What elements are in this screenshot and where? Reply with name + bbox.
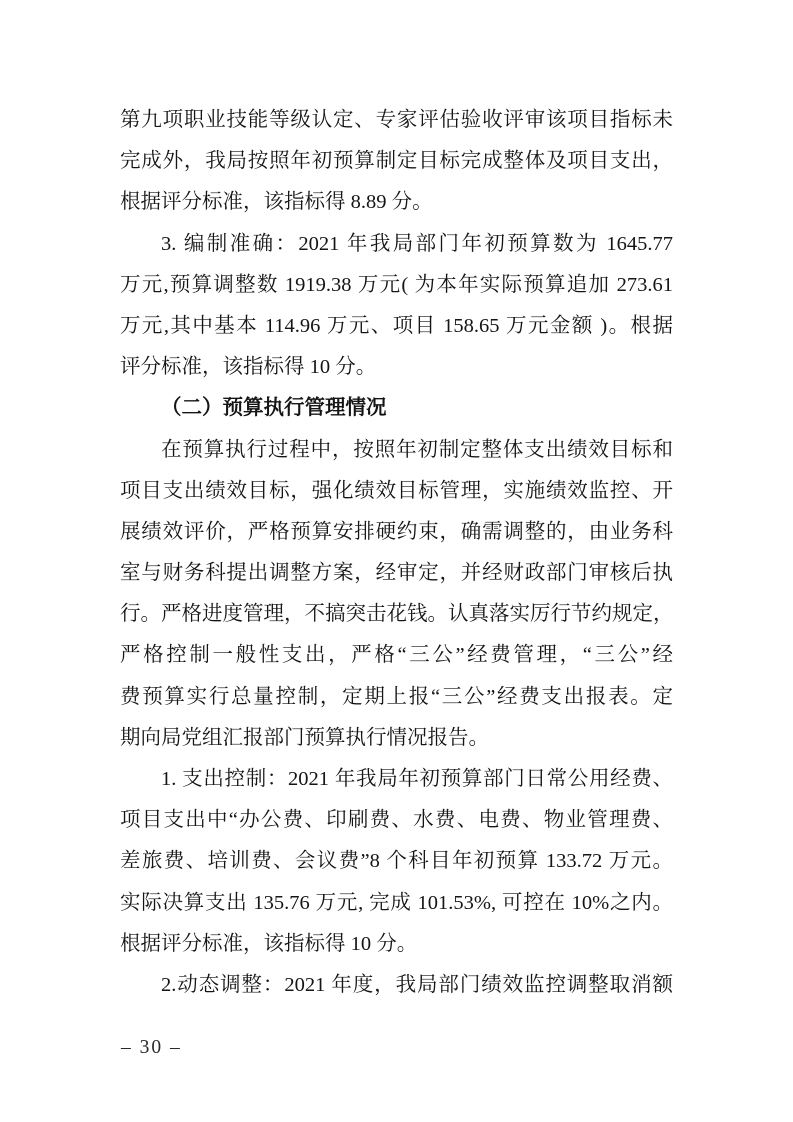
page-body: 第九项职业技能等级认定、专家评估验收评审该项目指标未 完成外，我局按照年初预算制… — [120, 100, 673, 1006]
text-line: 实际决算支出 135.76 万元, 完成 101.53%, 可控在 10%之内。 — [120, 883, 673, 924]
text-line: 万元,其中基本 114.96 万元、项目 158.65 万元金额 )。根据 — [120, 306, 673, 347]
text-line: 展绩效评价，严格预算安排硬约束，确需调整的，由业务科 — [120, 512, 673, 553]
text-line: 差旅费、培训费、会议费”8 个科目年初预算 133.72 万元。 — [120, 841, 673, 882]
text-line: 1. 支出控制：2021 年我局年初预算部门日常公用经费、 — [120, 759, 673, 800]
text-line: 3. 编制准确：2021 年我局部门年初预算数为 1645.77 — [120, 224, 673, 265]
text-line: 第九项职业技能等级认定、专家评估验收评审该项目指标未 — [120, 100, 673, 141]
text-line: 2.动态调整：2021 年度，我局部门绩效监控调整取消额 — [120, 965, 673, 1006]
text-line: 室与财务科提出调整方案，经审定，并经财政部门审核后执 — [120, 553, 673, 594]
document-page: 第九项职业技能等级认定、专家评估验收评审该项目指标未 完成外，我局按照年初预算制… — [0, 0, 793, 1122]
page-number: – 30 – — [121, 1036, 182, 1060]
text-line: 根据评分标准，该指标得 10 分。 — [120, 924, 673, 965]
text-line: 行。严格进度管理，不搞突击花钱。认真落实厉行节约规定， — [120, 594, 673, 635]
text-line: 在预算执行过程中，按照年初制定整体支出绩效目标和 — [120, 430, 673, 471]
text-line: 项目支出中“办公费、印刷费、水费、电费、物业管理费、 — [120, 800, 673, 841]
text-line: 评分标准，该指标得 10 分。 — [120, 347, 673, 388]
text-line: 项目支出绩效目标，强化绩效目标管理，实施绩效监控、开 — [120, 471, 673, 512]
text-line: 期向局党组汇报部门预算执行情况报告。 — [120, 718, 673, 759]
section-heading: （二）预算执行管理情况 — [120, 388, 673, 429]
text-line: 完成外，我局按照年初预算制定目标完成整体及项目支出， — [120, 141, 673, 182]
text-line: 费预算实行总量控制，定期上报“三公”经费支出报表。定 — [120, 677, 673, 718]
text-line: 根据评分标准，该指标得 8.89 分。 — [120, 182, 673, 223]
text-line: 严格控制一般性支出，严格“三公”经费管理，“三公”经 — [120, 635, 673, 676]
text-line: 万元,预算调整数 1919.38 万元( 为本年实际预算追加 273.61 — [120, 265, 673, 306]
